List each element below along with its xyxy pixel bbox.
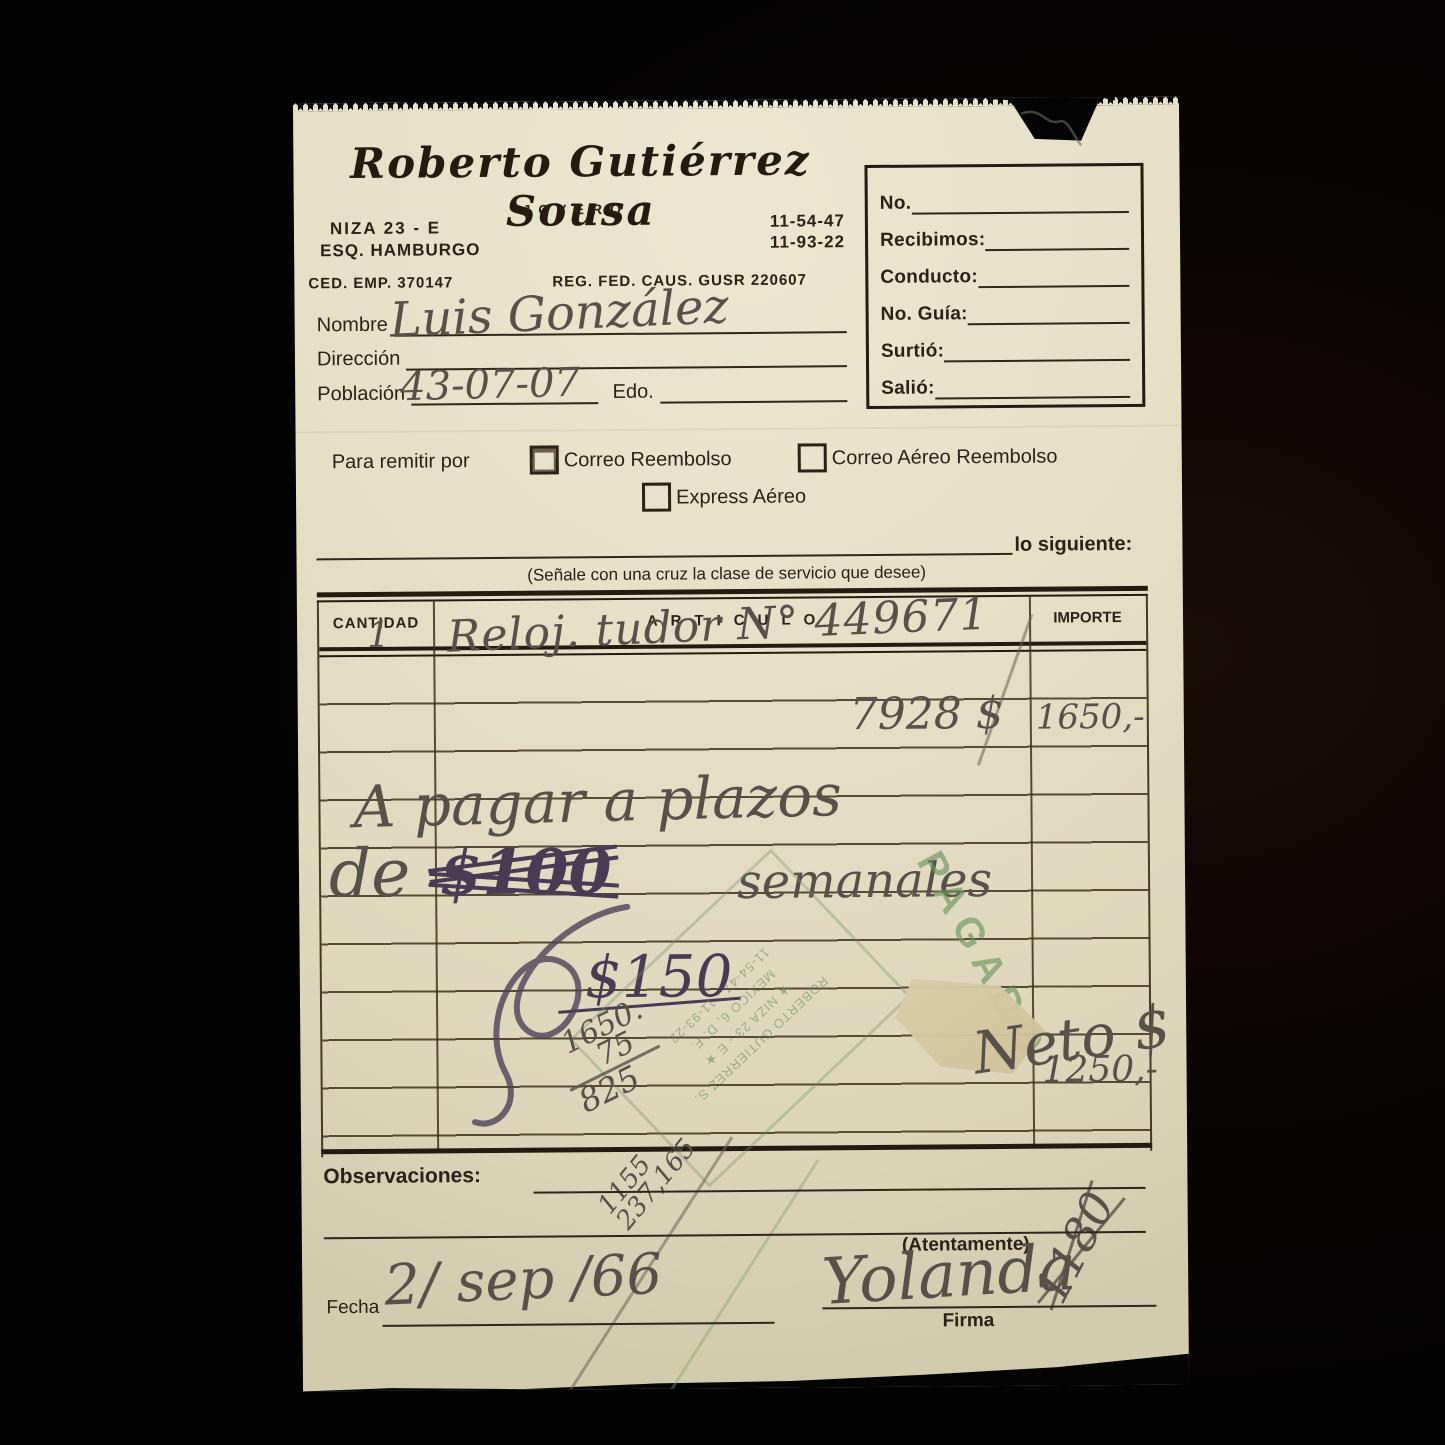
checkbox-express-aereo bbox=[642, 483, 671, 512]
surtio-label: Surtió: bbox=[881, 340, 944, 362]
tracking-row-surtio: Surtió: bbox=[881, 324, 1130, 363]
pencil-squiggle bbox=[1015, 103, 1087, 150]
col-header-importe: IMPORTE bbox=[1029, 609, 1146, 627]
checkbox-correo-aereo bbox=[798, 443, 827, 472]
siguiente-label: lo siguiente: bbox=[1014, 533, 1132, 557]
photo-stage: Roberto Gutiérrez Sousa JOYERO NIZA 23 -… bbox=[0, 0, 1445, 1445]
green-diagonal-stroke bbox=[644, 1159, 819, 1391]
guia-label: No. Guía: bbox=[881, 303, 968, 326]
option-correo-aereo: Correo Aéreo Reembolso bbox=[832, 446, 1058, 471]
importe1-handwriting: 1650,- bbox=[1036, 697, 1145, 738]
tracking-box: No. Recibimos: Conducto: No. Guía: Surti… bbox=[864, 163, 1145, 409]
ced-emp: CED. EMP. 370147 bbox=[308, 274, 453, 292]
observaciones-label: Observaciones: bbox=[323, 1164, 481, 1189]
conducto-label: Conducto: bbox=[880, 266, 978, 289]
fecha-line bbox=[382, 1296, 774, 1327]
no-label: No. bbox=[880, 193, 912, 215]
service-note: (Señale con una cruz la clase de servici… bbox=[427, 562, 1027, 587]
address-line1: NIZA 23 - E bbox=[330, 218, 441, 239]
tracking-row-no: No. bbox=[880, 176, 1129, 215]
phone-1: 11-54-47 bbox=[695, 211, 845, 232]
option-express-aereo: Express Aéreo bbox=[676, 485, 806, 509]
direccion-label: Dirección bbox=[317, 348, 401, 372]
option-correo-reembolso: Correo Reembolso bbox=[564, 448, 732, 472]
tracking-row-salio: Salió: bbox=[881, 361, 1130, 400]
poblacion-label: Población bbox=[317, 383, 405, 407]
article-code-handwriting: 7928 $ bbox=[850, 688, 1004, 740]
terms-line1-handwriting: A pagar a plazos bbox=[353, 761, 843, 841]
salio-line bbox=[935, 396, 1130, 400]
tracking-row-conducto: Conducto: bbox=[880, 250, 1129, 289]
salio-label: Salió: bbox=[881, 377, 935, 399]
fecha-label: Fecha bbox=[326, 1297, 379, 1319]
firma-label: Firma bbox=[942, 1310, 994, 1332]
checkbox-correo-reembolso bbox=[530, 445, 559, 474]
address-line2: ESQ. HAMBURGO bbox=[320, 240, 480, 261]
terms-de-handwriting: de bbox=[329, 835, 411, 913]
neto-value-handwriting: 1250,- bbox=[1042, 1049, 1158, 1091]
qty-handwriting: 1 bbox=[367, 615, 390, 656]
recibimos-label: Recibimos: bbox=[880, 229, 986, 252]
observaciones-line-1 bbox=[533, 1161, 1145, 1194]
poblacion-row: Población Edo. bbox=[317, 372, 847, 406]
remitir-intro: Para remitir por bbox=[332, 450, 470, 474]
torn-bottom-edge bbox=[301, 1320, 1189, 1391]
edo-line bbox=[660, 400, 848, 403]
edo-label: Edo. bbox=[612, 381, 653, 404]
phone-2: 11-93-22 bbox=[695, 232, 845, 253]
poblacion-handwriting: 43-07-07 bbox=[400, 360, 581, 411]
firma-line bbox=[822, 1279, 1156, 1310]
nombre-label: Nombre bbox=[317, 314, 388, 338]
siguiente-line bbox=[316, 527, 1012, 560]
trade-label: JOYERO bbox=[476, 200, 676, 218]
receipt-paper: Roberto Gutiérrez Sousa JOYERO NIZA 23 -… bbox=[293, 97, 1189, 1392]
tracking-row-guia: No. Guía: bbox=[880, 287, 1129, 326]
tracking-row-recibimos: Recibimos: bbox=[880, 213, 1129, 252]
